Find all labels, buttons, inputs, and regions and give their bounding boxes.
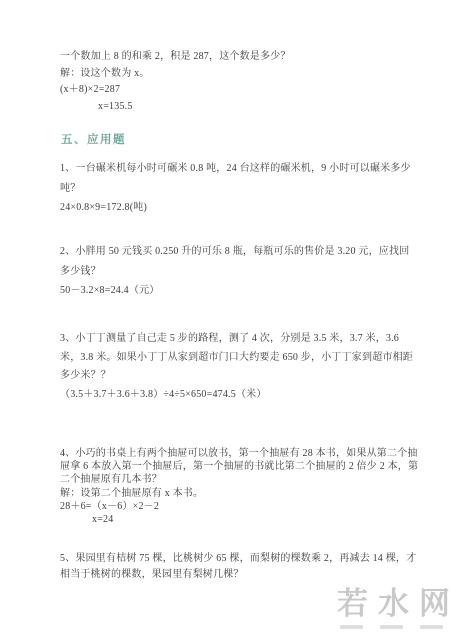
problem-text-line: 3、小丁丁测量了自己走 5 步的路程，测了 4 次，分别是 3.5 米，3.7 … <box>60 330 412 349</box>
problem-3: 3、小丁丁测量了自己走 5 步的路程，测了 4 次，分别是 3.5 米，3.7 … <box>60 330 412 404</box>
problem-text-line: 吨？ <box>60 179 412 199</box>
watermark-subtext-decoration <box>340 625 450 629</box>
solution-result: x=24 <box>92 513 412 526</box>
watermark-subtext-mark <box>380 625 403 629</box>
previous-problem-solution: 一个数加上 8 的和乘 2，积是 287，这个数是多少？ 解：设这个数为 x。 … <box>60 49 412 115</box>
problem-text-line: 屉拿 6 本放入第一个抽屉后，第一个抽屉的书就比第二个抽屉的 2 倍少 2 本，… <box>60 460 412 473</box>
watermark-subtext-mark <box>420 625 443 629</box>
watermark-subtext-mark <box>340 625 363 629</box>
worksheet-page: 一个数加上 8 的和乘 2，积是 287，这个数是多少？ 解：设这个数为 x。 … <box>0 0 450 636</box>
solution-equation: (x＋8)×2=287 <box>60 82 412 99</box>
problem-question: 一个数加上 8 的和乘 2，积是 287，这个数是多少？ <box>60 49 412 66</box>
watermark: 若水网 <box>337 588 450 629</box>
problem-text-line: 1、一台碾米机每小时可碾米 0.8 吨，24 台这样的碾米机，9 小时可以碾米多… <box>60 159 412 179</box>
problem-text-line: 4、小巧的书桌上有两个抽屉可以放书，第一个抽屉有 28 本书，如果从第二个抽 <box>60 447 412 460</box>
solution-setup: 解：设第二个抽屉原有 x 本书。 <box>60 487 412 500</box>
solution-equation: 50－3.2×8=24.4（元） <box>60 281 412 301</box>
problem-text-line: 多少钱？ <box>60 262 412 282</box>
problem-5: 5、果园里有桔树 75 棵，比桃树少 65 棵，而梨树的棵数乘 2，再减去 14… <box>60 551 412 582</box>
problem-1: 1、一台碾米机每小时可碾米 0.8 吨，24 台这样的碾米机，9 小时可以碾米多… <box>60 159 412 218</box>
solution-equation: 28＋6=（x－6）×2－2 <box>60 500 412 513</box>
problem-text-line: 2、小胖用 50 元钱买 0.250 升的可乐 8 瓶，每瓶可乐的售价是 3.2… <box>60 242 412 262</box>
problem-2: 2、小胖用 50 元钱买 0.250 升的可乐 8 瓶，每瓶可乐的售价是 3.2… <box>60 242 412 301</box>
problem-text-line: 多少米？？ <box>60 367 412 386</box>
problem-text-line: 二个抽屉原有几本书？ <box>60 473 412 486</box>
problem-text-line: 相当于桃树的棵数，果园里有梨树几棵？ <box>60 567 412 583</box>
section-heading: 五、应用题 <box>61 131 126 147</box>
solution-result: x=135.5 <box>98 99 412 116</box>
watermark-text: 若水网 <box>337 588 450 620</box>
solution-setup: 解：设这个数为 x。 <box>60 66 412 83</box>
problem-text-line: 5、果园里有桔树 75 棵，比桃树少 65 棵，而梨树的棵数乘 2，再减去 14… <box>60 551 412 567</box>
solution-equation: 24×0.8×9=172.8(吨) <box>60 198 412 218</box>
solution-equation: （3.5＋3.7＋3.6＋3.8）÷4÷5×650=474.5（米） <box>60 386 412 405</box>
problem-text-line: 米，3.8 米。如果小丁丁从家到超市门口大约要走 650 步，小丁丁家到超市相距 <box>60 349 412 368</box>
problem-4: 4、小巧的书桌上有两个抽屉可以放书，第一个抽屉有 28 本书，如果从第二个抽 屉… <box>60 447 412 526</box>
